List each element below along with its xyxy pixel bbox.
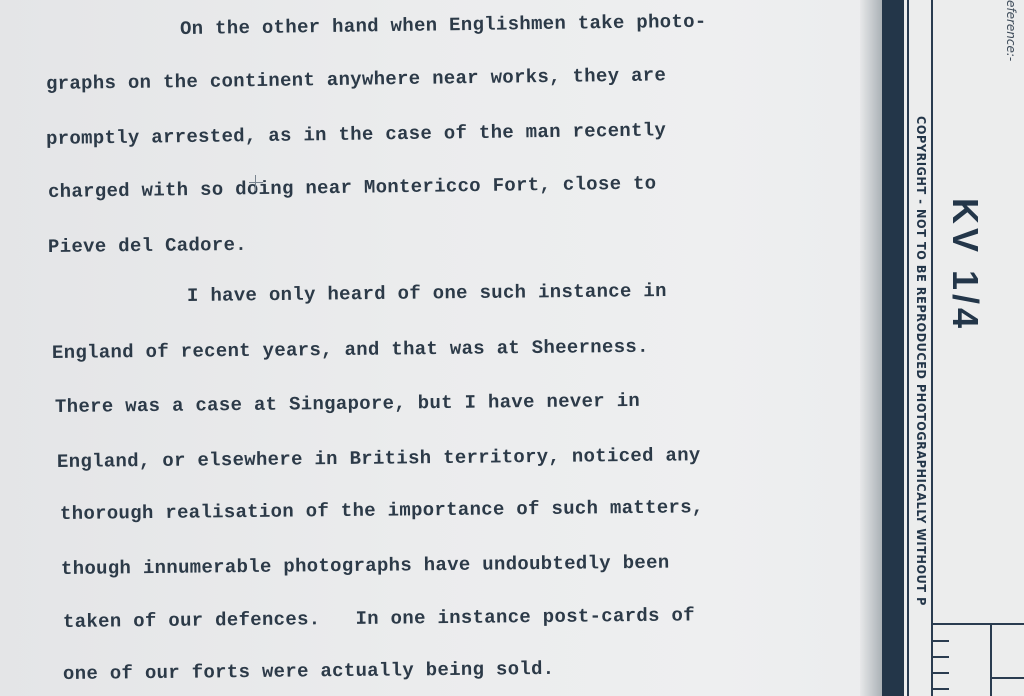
page-edge-shadow — [860, 0, 882, 696]
ruler-tick — [933, 688, 949, 690]
strip-rule — [907, 0, 909, 696]
text-line: Pieve del Cadore. — [48, 234, 247, 258]
ruler-tick — [933, 640, 949, 642]
text-line: charged with so doing near Montericco Fo… — [48, 173, 657, 203]
text-line: promptly arrested, as in the case of the… — [46, 119, 666, 150]
text-line: On the other hand when Englishmen take p… — [180, 11, 707, 40]
ruler-tick — [933, 656, 949, 658]
copyright-notice: COPYRIGHT - NOT TO BE REPRODUCED PHOTOGR… — [913, 116, 929, 696]
archive-reference-code: KV 1/4 — [945, 198, 985, 368]
text-line: England of recent years, and that was at… — [52, 336, 649, 364]
text-line: graphs on the continent anywhere near wo… — [46, 64, 666, 95]
text-line: thorough realisation of the importance o… — [60, 496, 704, 525]
ruler-tick — [933, 672, 949, 674]
typed-text-body: On the other hand when Englishmen take p… — [0, 0, 880, 696]
reference-label: eference:- — [1000, 0, 1022, 90]
ruler-grid-line — [992, 677, 1024, 679]
text-line: England, or elsewhere in British territo… — [57, 444, 701, 473]
text-line: There was a case at Singapore, but I hav… — [55, 390, 640, 418]
text-line: I have only heard of one such instance i… — [187, 280, 667, 307]
ruler-grid-line — [933, 623, 1024, 625]
text-line: though innumerable photographs have undo… — [61, 552, 670, 580]
ruler-grid-line — [990, 623, 992, 696]
text-line: taken of our defences. In one instance p… — [63, 604, 695, 633]
crosshair-cursor-icon — [249, 175, 263, 191]
document-photo: On the other hand when Englishmen take p… — [0, 0, 1024, 696]
text-line: one of our forts were actually being sol… — [63, 658, 555, 685]
strip-rule — [931, 0, 933, 696]
binding-bar — [882, 0, 904, 696]
